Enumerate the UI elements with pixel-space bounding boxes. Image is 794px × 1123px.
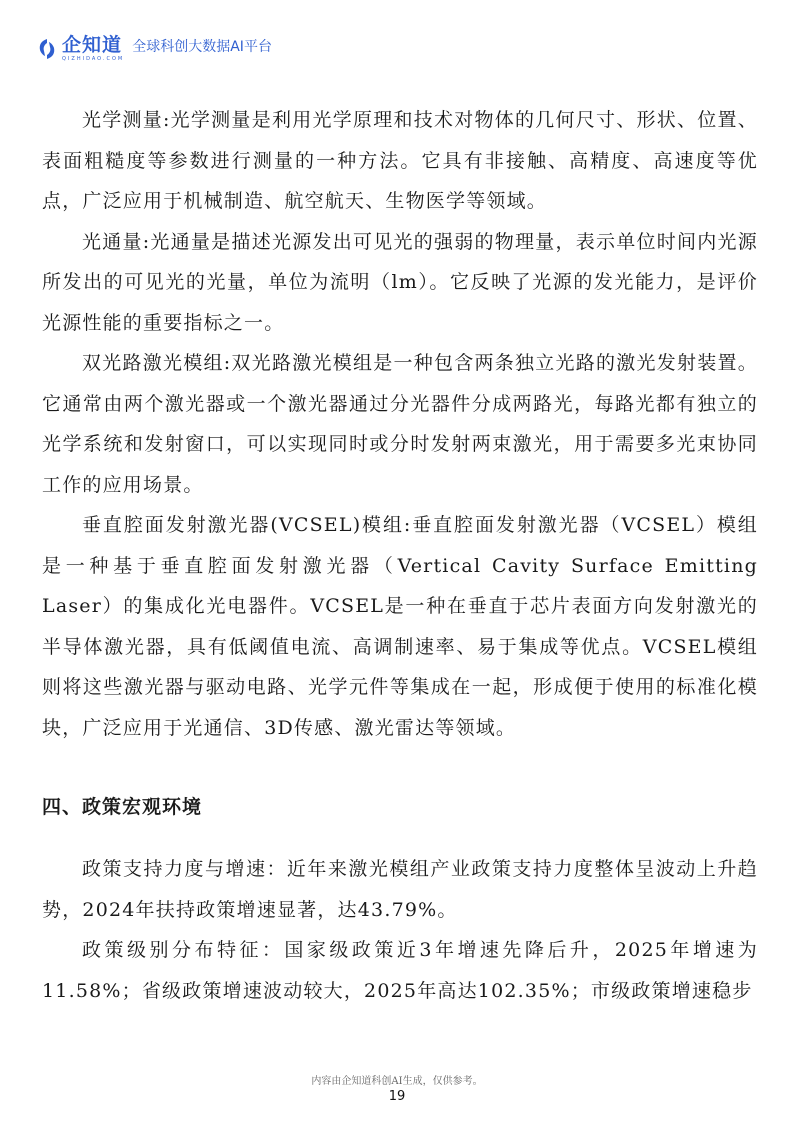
definition-dual-path-laser-module: 双光路激光模组:双光路激光模组是一种包含两条独立光路的激光发射装置。它通常由两个… [42, 343, 758, 505]
brand-domain: QIZHIDAO.COM [62, 57, 124, 62]
qizhidao-logo-icon [38, 38, 56, 60]
brand-tagline: 全球科创大数据AI平台 [132, 36, 272, 56]
policy-section: 政策支持力度与增速：近年来激光模组产业政策支持力度整体呈波动上升趋势，2024年… [42, 849, 758, 1011]
definitions-section: 光学测量:光学测量是利用光学原理和技术对物体的几何尺寸、形状、位置、表面粗糙度等… [42, 100, 758, 748]
brand-name: 企知道 [62, 36, 124, 55]
definition-optical-measurement: 光学测量:光学测量是利用光学原理和技术对物体的几何尺寸、形状、位置、表面粗糙度等… [42, 100, 758, 222]
page-header: 企知道 QIZHIDAO.COM 全球科创大数据AI平台 [38, 34, 272, 64]
section-heading: 四、政策宏观环境 [42, 787, 202, 827]
policy-paragraph-level: 政策级别分布特征：国家级政策近3年增速先降后升，2025年增速为11.58%；省… [42, 930, 758, 1011]
brand: 企知道 QIZHIDAO.COM [62, 36, 124, 62]
ai-disclaimer: 内容由企知道科创AI生成，仅供参考。 [0, 1072, 794, 1087]
definition-vcsel-module: 垂直腔面发射激光器(VCSEL)模组:垂直腔面发射激光器（VCSEL）模组是一种… [42, 505, 758, 748]
policy-paragraph-support: 政策支持力度与增速：近年来激光模组产业政策支持力度整体呈波动上升趋势，2024年… [42, 849, 758, 930]
section-heading-wrap: 四、政策宏观环境 [42, 787, 202, 827]
definition-luminous-flux: 光通量:光通量是描述光源发出可见光的强弱的物理量，表示单位时间内光源所发出的可见… [42, 222, 758, 344]
page-number: 19 [0, 1089, 794, 1104]
